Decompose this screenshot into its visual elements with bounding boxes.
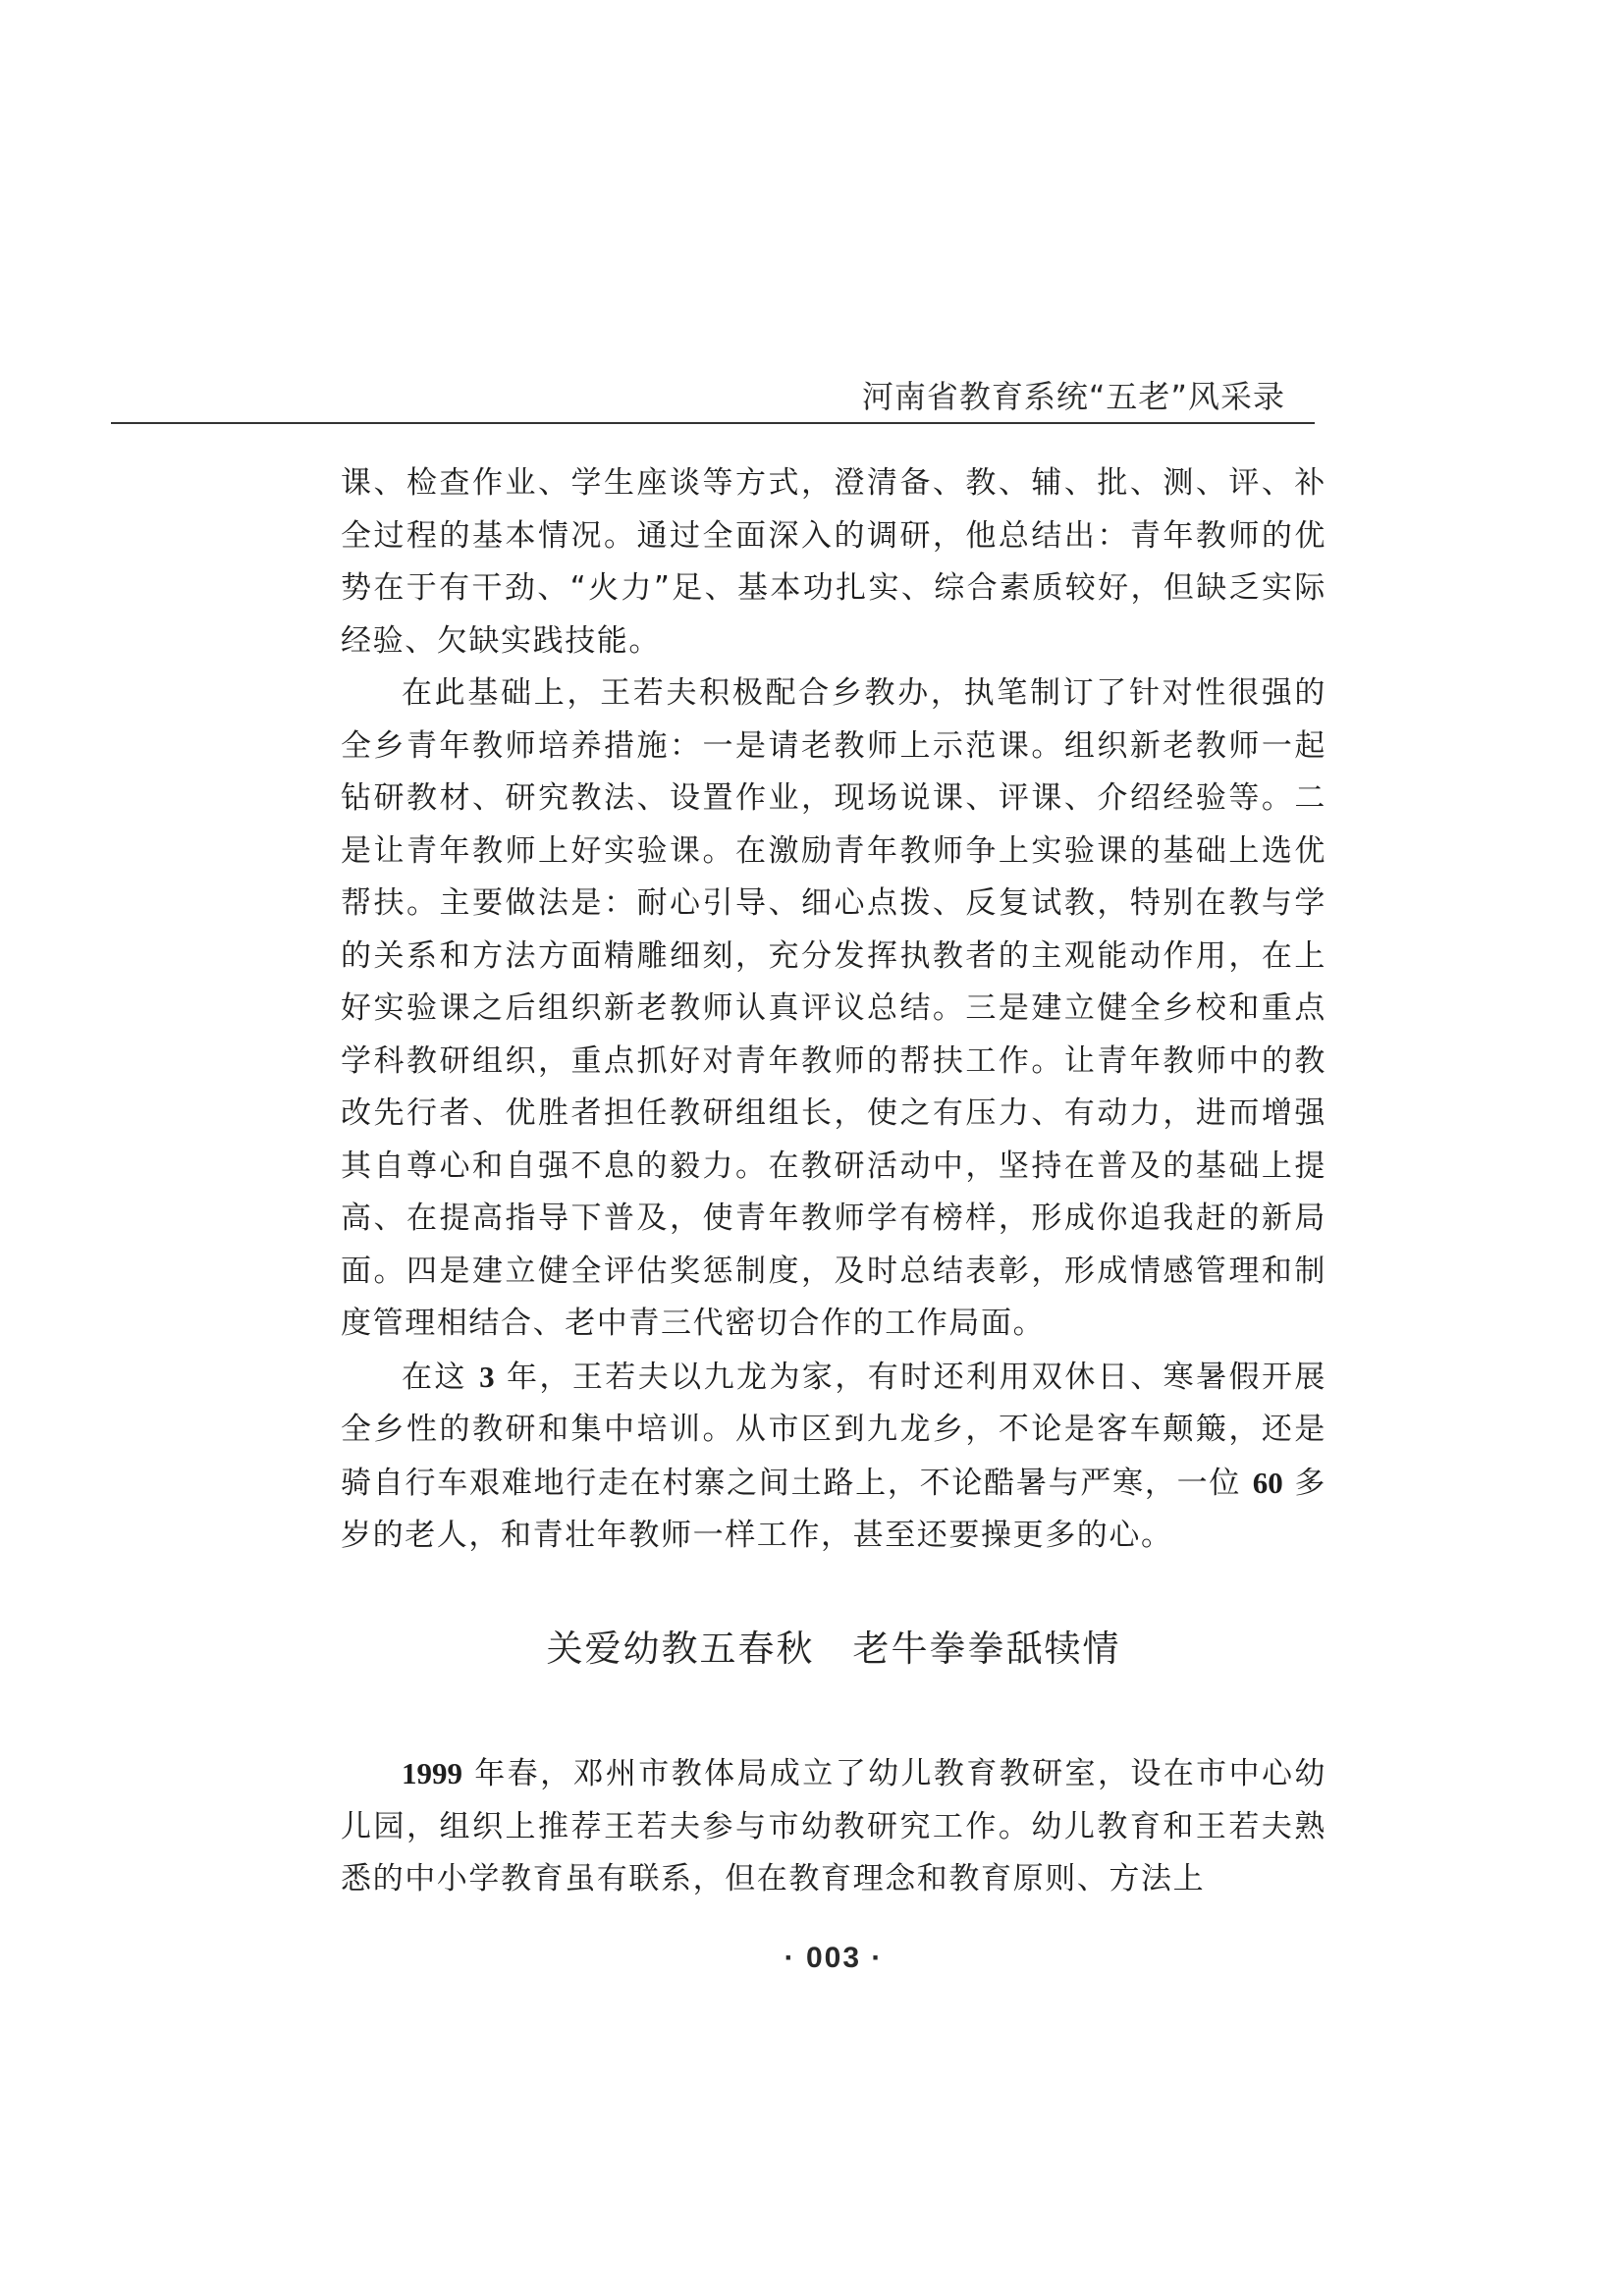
paragraph-1: 课、检查作业、学生座谈等方式，澄清备、教、辅、批、测、评、补全过程的基本情况。通… (341, 457, 1326, 667)
paragraph-2: 在此基础上，王若夫积极配合乡教办，执笔制订了针对性很强的全乡青年教师培养措施：一… (341, 667, 1326, 1351)
section-heading: 关爱幼教五春秋 老牛拳拳舐犊情 (341, 1625, 1326, 1674)
running-header-title: 河南省教育系统“五老”风采录 (862, 377, 1285, 416)
page-number: · 003 · (341, 1939, 1326, 1978)
body-text-section-2: 1999 年春，邓州市教体局成立了幼儿教育教研室，设在市中心幼儿园，组织上推荐王… (341, 1747, 1326, 1906)
paragraph-3: 在这 3 年，王若夫以九龙为家，有时还利用双休日、寒暑假开展全乡性的教研和集中培… (341, 1351, 1326, 1563)
paragraph-4: 1999 年春，邓州市教体局成立了幼儿教育教研室，设在市中心幼儿园，组织上推荐王… (341, 1747, 1326, 1906)
running-header: 河南省教育系统“五老”风采录 (111, 375, 1315, 424)
number-run: 60 (1253, 1466, 1283, 1500)
number-run: 1999 (402, 1756, 462, 1790)
body-text-section-1: 课、检查作业、学生座谈等方式，澄清备、教、辅、批、测、评、补全过程的基本情况。通… (341, 457, 1326, 1563)
text-run: 在这 (402, 1360, 479, 1395)
number-run: 3 (479, 1360, 495, 1394)
text-run: 年春，邓州市教体局成立了幼儿教育教研室，设在市中心幼儿园，组织上推荐王若夫参与市… (341, 1756, 1326, 1896)
